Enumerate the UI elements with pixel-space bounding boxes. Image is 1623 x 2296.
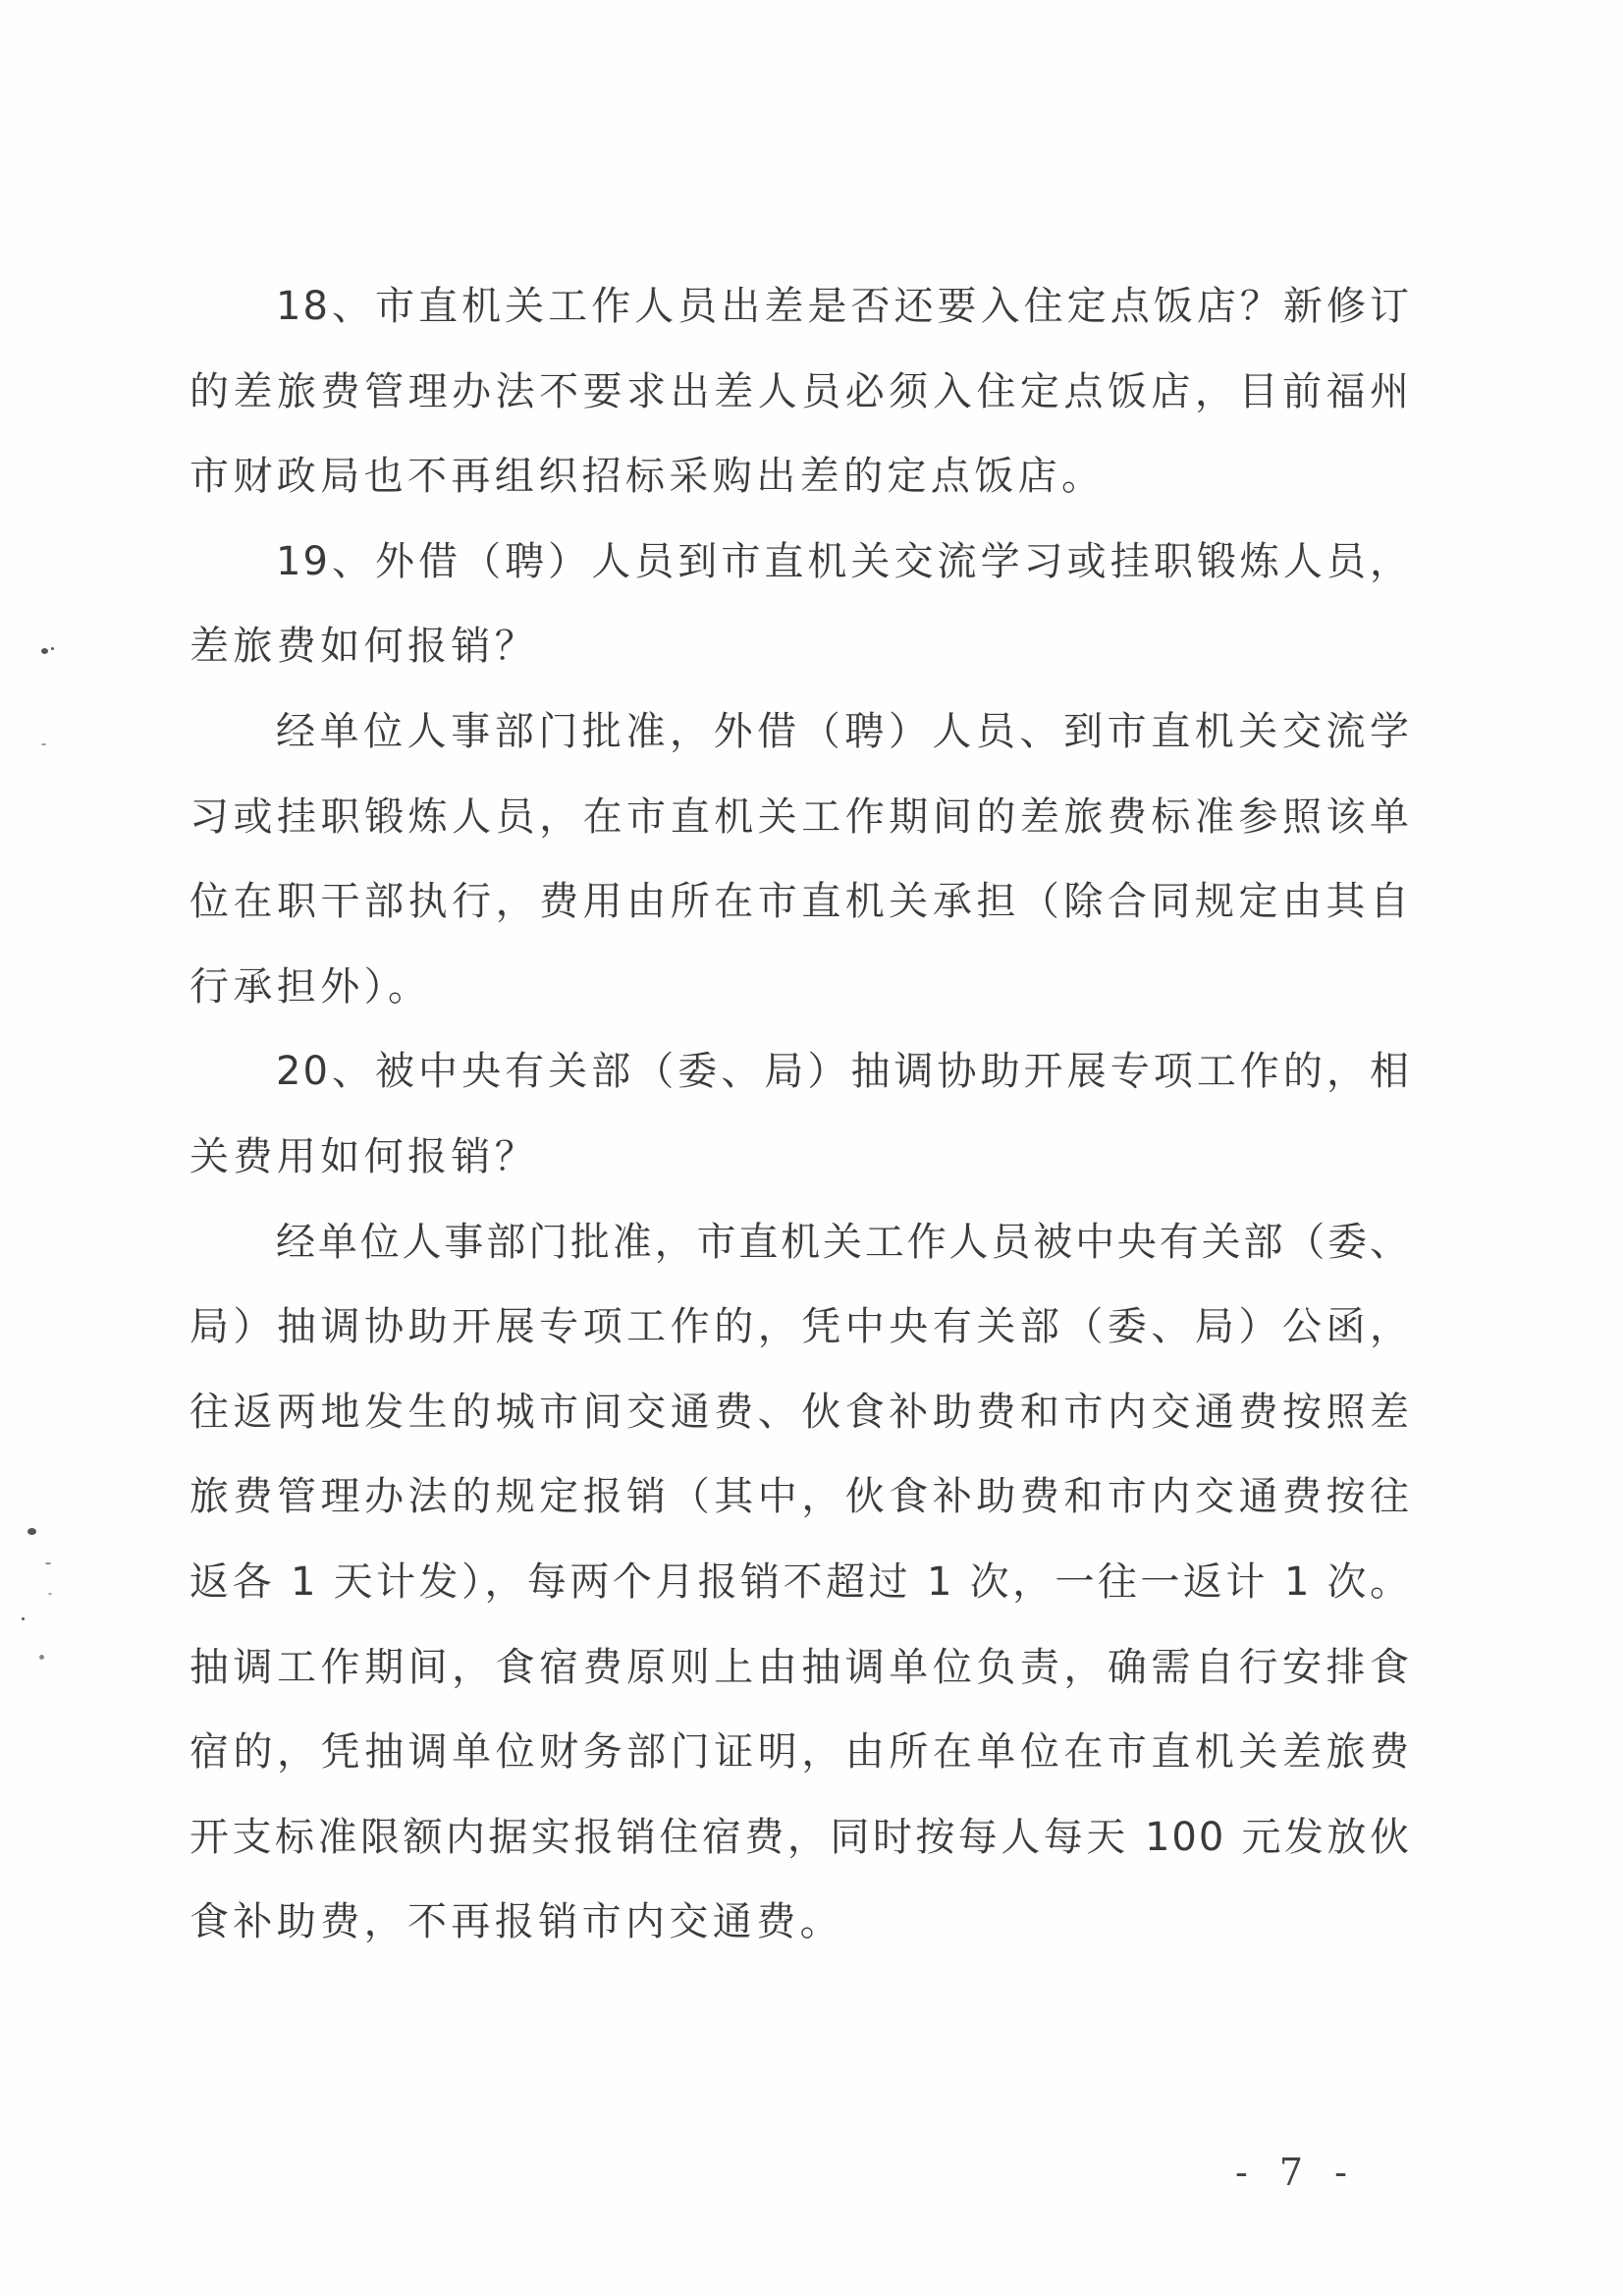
q19-question-line-1: 19、外借（聘）人员到市直机关交流学习或挂职锻炼人员， <box>189 536 1411 622</box>
q19-answer-line-2: 习或挂职锻炼人员，在市直机关工作期间的差旅费标准参照该单 <box>189 792 1411 877</box>
q20-answer-line-2: 局）抽调协助开展专项工作的，凭中央有关部（委、局）公函， <box>189 1301 1411 1387</box>
q19-answer-line-4: 行承担外）。 <box>189 961 1411 1047</box>
scan-speck <box>27 1528 36 1535</box>
document-body: 18、市直机关工作人员出差是否还要入住定点饭店？新修订 的差旅费管理办法不要求出… <box>189 281 1411 1982</box>
q20-answer-line-3: 往返两地发生的城市间交通费、伙食补助费和市内交通费按照差 <box>189 1387 1411 1472</box>
q19-answer-line-1: 经单位人事部门批准，外借（聘）人员、到市直机关交流学 <box>189 706 1411 792</box>
q20-answer-line-5: 返各 1 天计发），每两个月报销不超过 1 次，一往一返计 1 次。 <box>189 1557 1411 1642</box>
scan-speck <box>45 1562 51 1564</box>
document-page: 18、市直机关工作人员出差是否还要入住定点饭店？新修订 的差旅费管理办法不要求出… <box>0 0 1623 2296</box>
q18-question-line-1: 18、市直机关工作人员出差是否还要入住定点饭店？新修订 <box>189 281 1411 366</box>
scan-speck <box>51 647 54 650</box>
scan-speck <box>41 743 46 745</box>
scan-speck <box>48 1593 52 1595</box>
q20-answer-line-6: 抽调工作期间，食宿费原则上由抽调单位负责，确需自行安排食 <box>189 1642 1411 1727</box>
q20-answer-line-4: 旅费管理办法的规定报销（其中，伙食补助费和市内交通费按往 <box>189 1471 1411 1557</box>
scan-speck <box>22 1617 25 1620</box>
q18-answer-line-2: 市财政局也不再组织招标采购出差的定点饭店。 <box>189 451 1411 536</box>
q20-question-line-2: 关费用如何报销？ <box>189 1131 1411 1217</box>
scan-speck <box>39 1655 44 1660</box>
page-number: - 7 - <box>1235 2151 1357 2194</box>
q20-question-line-1: 20、被中央有关部（委、局）抽调协助开展专项工作的，相 <box>189 1046 1411 1131</box>
q20-answer-line-8: 开支标准限额内据实报销住宿费，同时按每人每天 100 元发放伙 <box>189 1812 1411 1897</box>
q20-answer-line-7: 宿的，凭抽调单位财务部门证明，由所在单位在市直机关差旅费 <box>189 1726 1411 1812</box>
q20-answer-line-1: 经单位人事部门批准，市直机关工作人员被中央有关部（委、 <box>189 1217 1411 1302</box>
q19-question-line-2: 差旅费如何报销？ <box>189 621 1411 706</box>
q20-answer-line-9: 食补助费，不再报销市内交通费。 <box>189 1896 1411 1982</box>
scan-speck <box>41 648 48 654</box>
q18-answer-line-1: 的差旅费管理办法不要求出差人员必须入住定点饭店，目前福州 <box>189 366 1411 452</box>
q19-answer-line-3: 位在职干部执行，费用由所在市直机关承担（除合同规定由其自 <box>189 876 1411 961</box>
